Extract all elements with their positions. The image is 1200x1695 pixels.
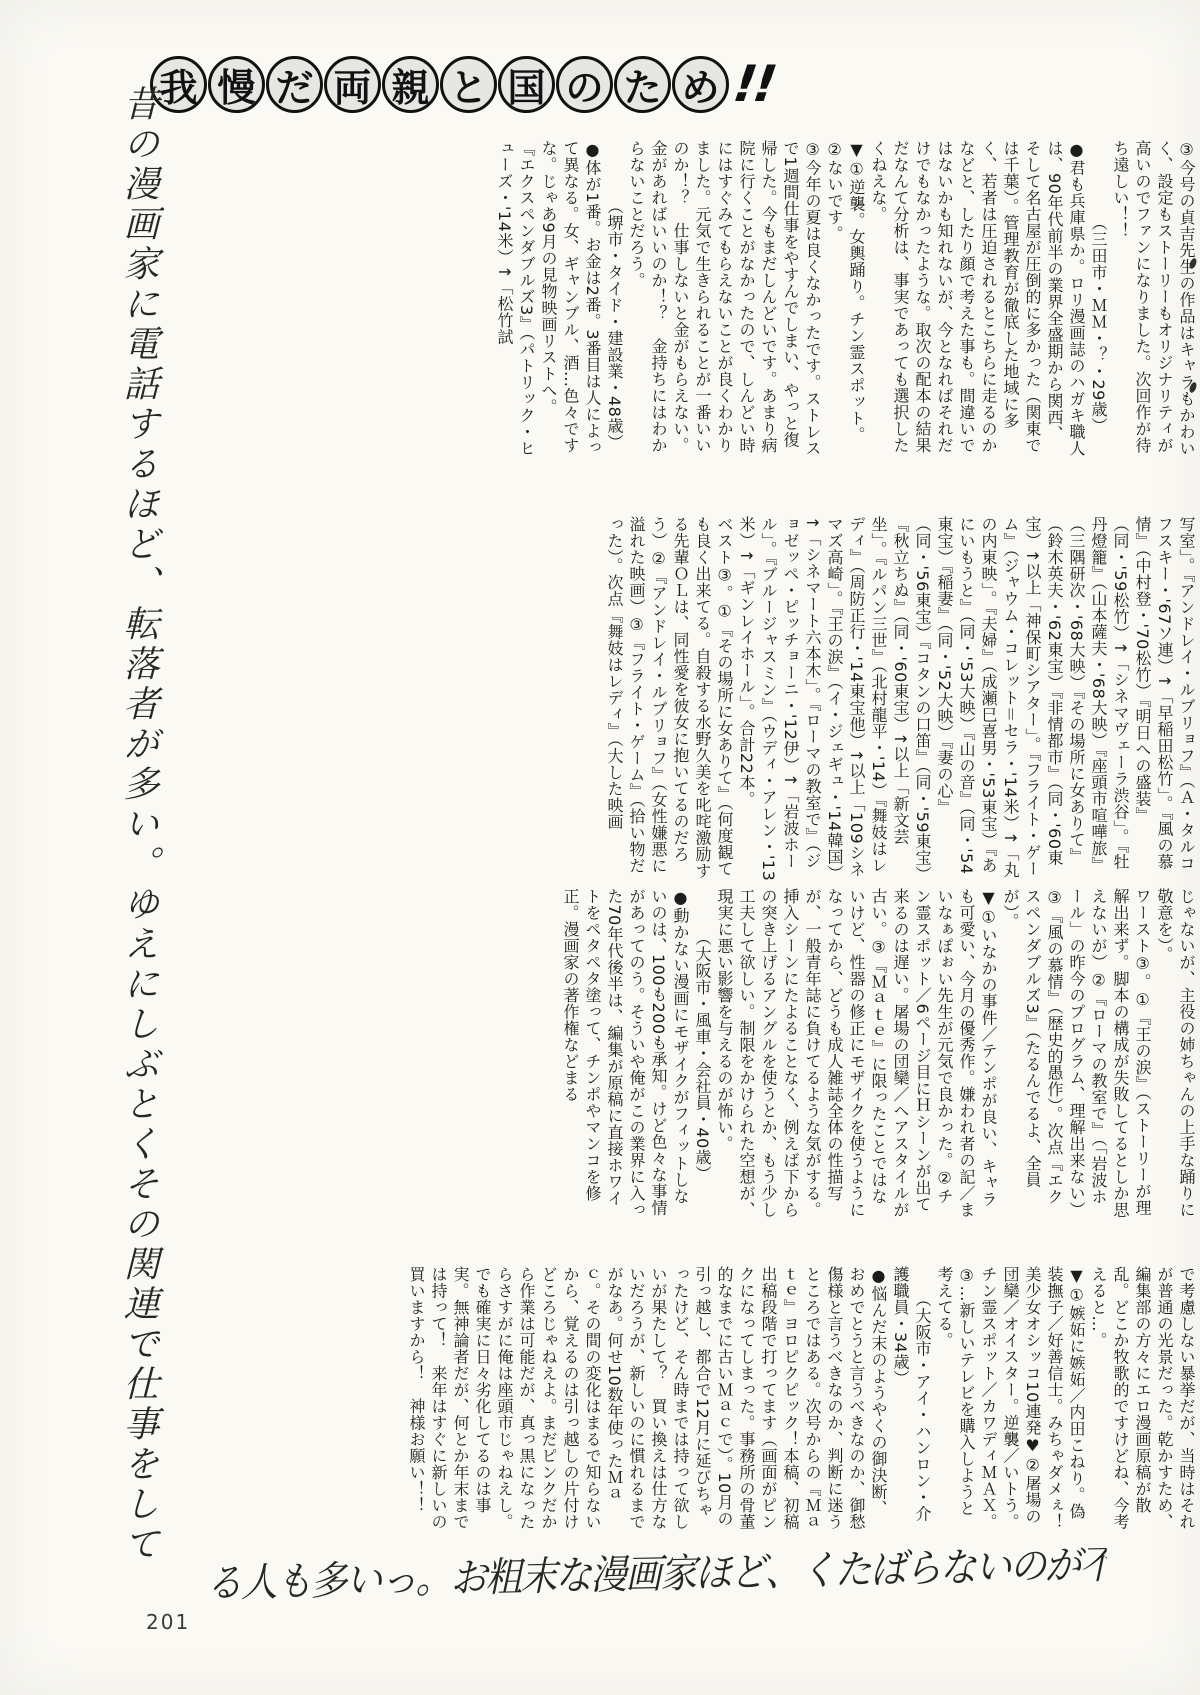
page-title: 我 慢 だ 両 親 と 国 の た め !!: [150, 55, 774, 113]
title-char-circle: と: [440, 56, 497, 113]
magazine-page: 我 慢 だ 両 親 と 国 の た め !! ③今号の貞吉先生の作品はキャラもか…: [0, 0, 1200, 1695]
text-band-1: ③今号の貞吉先生の作品はキャラもかわいく、設定もストーリーもオリジナリティが高い…: [162, 140, 1197, 458]
handwritten-bottom-note: る人も多いっ。お粗末な漫画家ほど、くたばらないのが不思議: [205, 1533, 1108, 1609]
title-char-circle: 慢: [208, 56, 265, 113]
title-char-circle: 親: [382, 56, 439, 113]
text-band-2: 写室」。『アンドレイ・ルブリョフ』（Ａ・タルコフスキー・'67ソ連）↑「早稲田松…: [165, 516, 1197, 882]
text-band-4: で考慮しない暴挙だが、当時はそれが普通の光景だった。乾かすため、編集部の方々にエ…: [275, 1266, 1197, 1532]
title-char-circle: た: [614, 56, 671, 113]
title-char-circle: の: [556, 56, 613, 113]
handwritten-margin-note: 昔の漫画家に電話するほど、転落者が多い。ゆえにしぶとくその関連で仕事をして: [86, 85, 164, 1590]
title-exclamation: !!: [730, 55, 778, 113]
title-char-circle: 両: [324, 56, 381, 113]
title-char-circle: だ: [266, 56, 323, 113]
page-number: 201: [146, 1610, 190, 1634]
title-char-circle: 国: [498, 56, 555, 113]
text-band-3: じゃないが、主役の姉ちゃんの上手な踊りに敬意を）。 ワースト③。①『王の涙』（ス…: [170, 888, 1197, 1218]
title-char-circle: め: [672, 56, 729, 113]
